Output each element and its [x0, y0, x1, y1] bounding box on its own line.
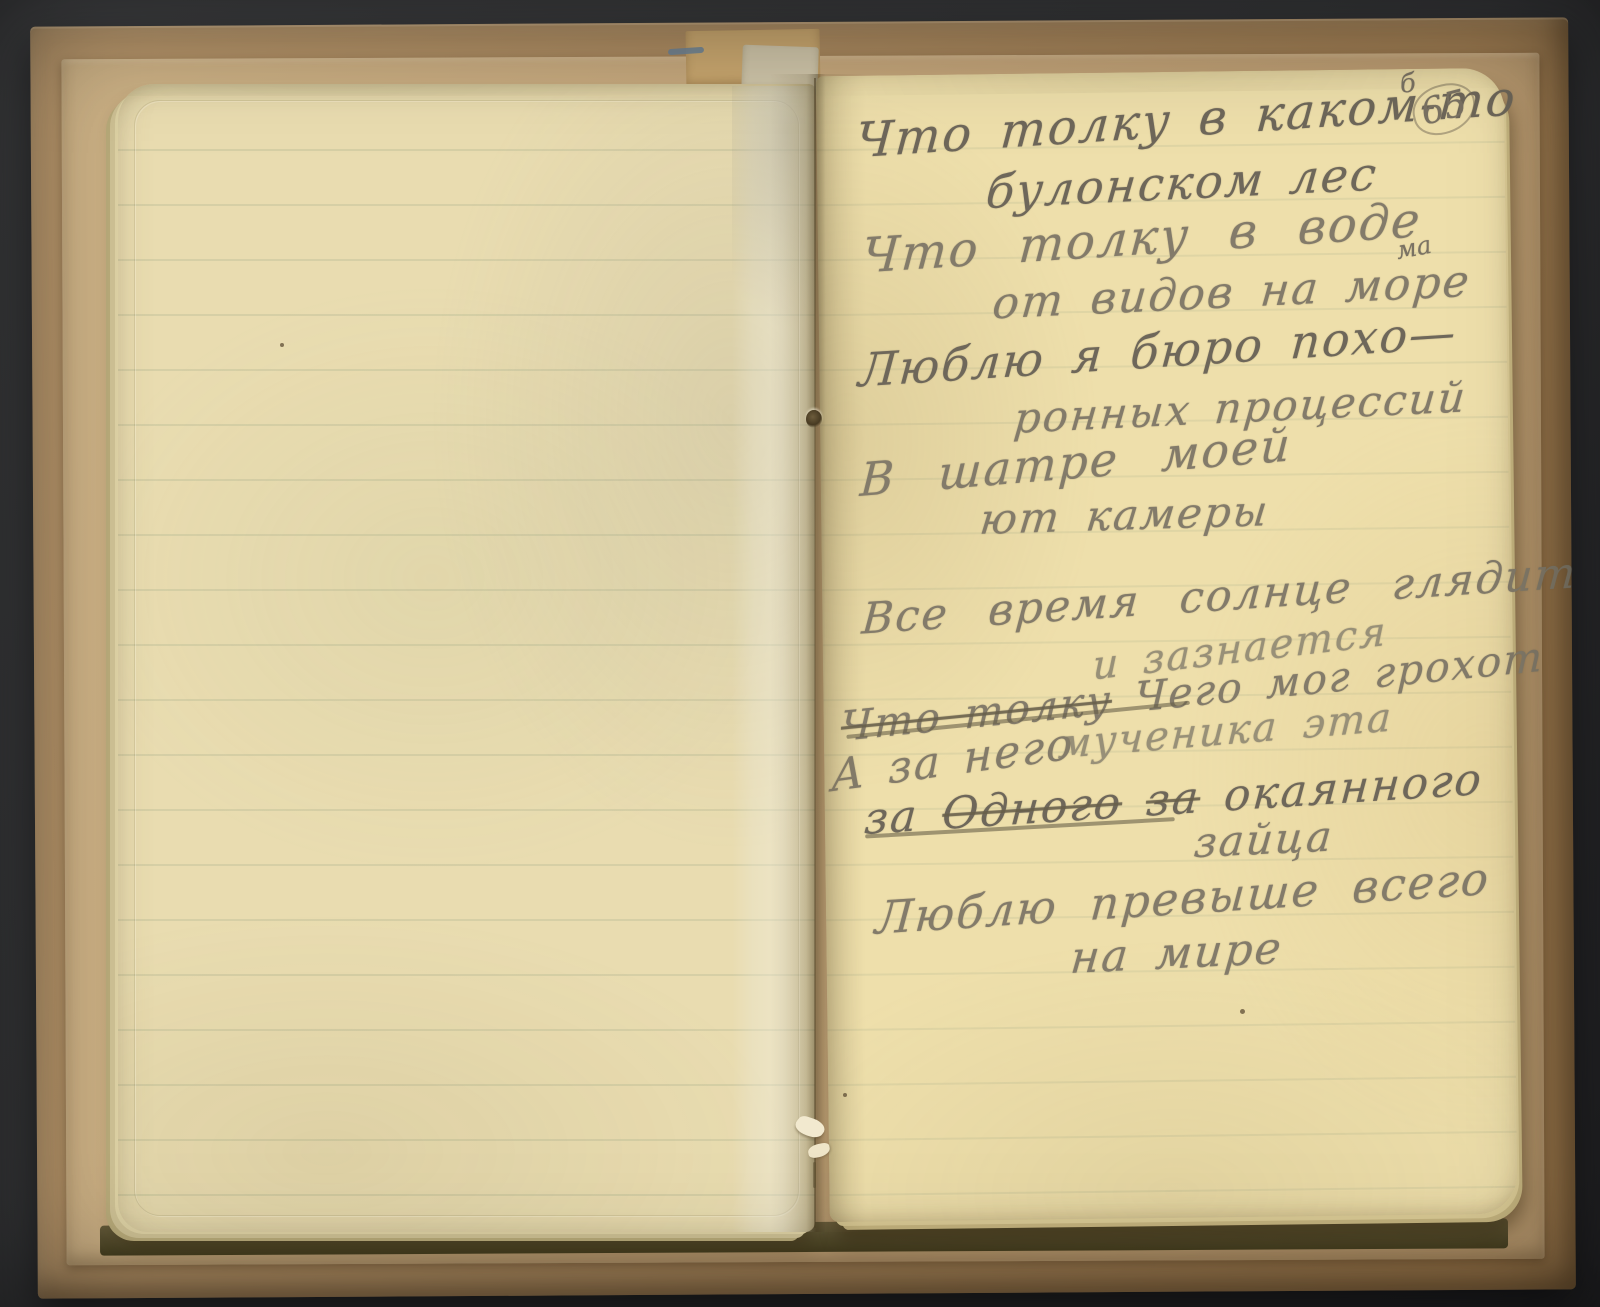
binding-stitch: [813, 1162, 816, 1188]
handwritten-text: на мире: [1068, 923, 1285, 984]
paper-speck: [280, 343, 284, 347]
left-page: [118, 84, 815, 1232]
paper-speck: [1240, 1009, 1245, 1014]
superscript-b: б: [1398, 68, 1417, 100]
handwritten-line: ют камеры: [978, 488, 1272, 543]
handwritten-text: окаянного: [1198, 754, 1485, 824]
handwritten-line: на мире: [1068, 925, 1285, 984]
handwritten-text: ют камеры: [978, 486, 1272, 544]
stitch-hole: [806, 410, 822, 428]
right-page-writing: Что толку в каком-тобулонском лесЧто тол…: [816, 68, 1518, 1222]
handwritten-text: зайца: [1192, 811, 1336, 867]
right-page: Что толку в каком-тобулонском лесЧто тол…: [816, 68, 1518, 1222]
handwritten-line: зайца: [1192, 813, 1335, 866]
paper-speck: [843, 1093, 847, 1097]
notebook-photo: Что толку в каком-тобулонском лесЧто тол…: [0, 0, 1600, 1307]
embossed-frame: [134, 100, 799, 1216]
